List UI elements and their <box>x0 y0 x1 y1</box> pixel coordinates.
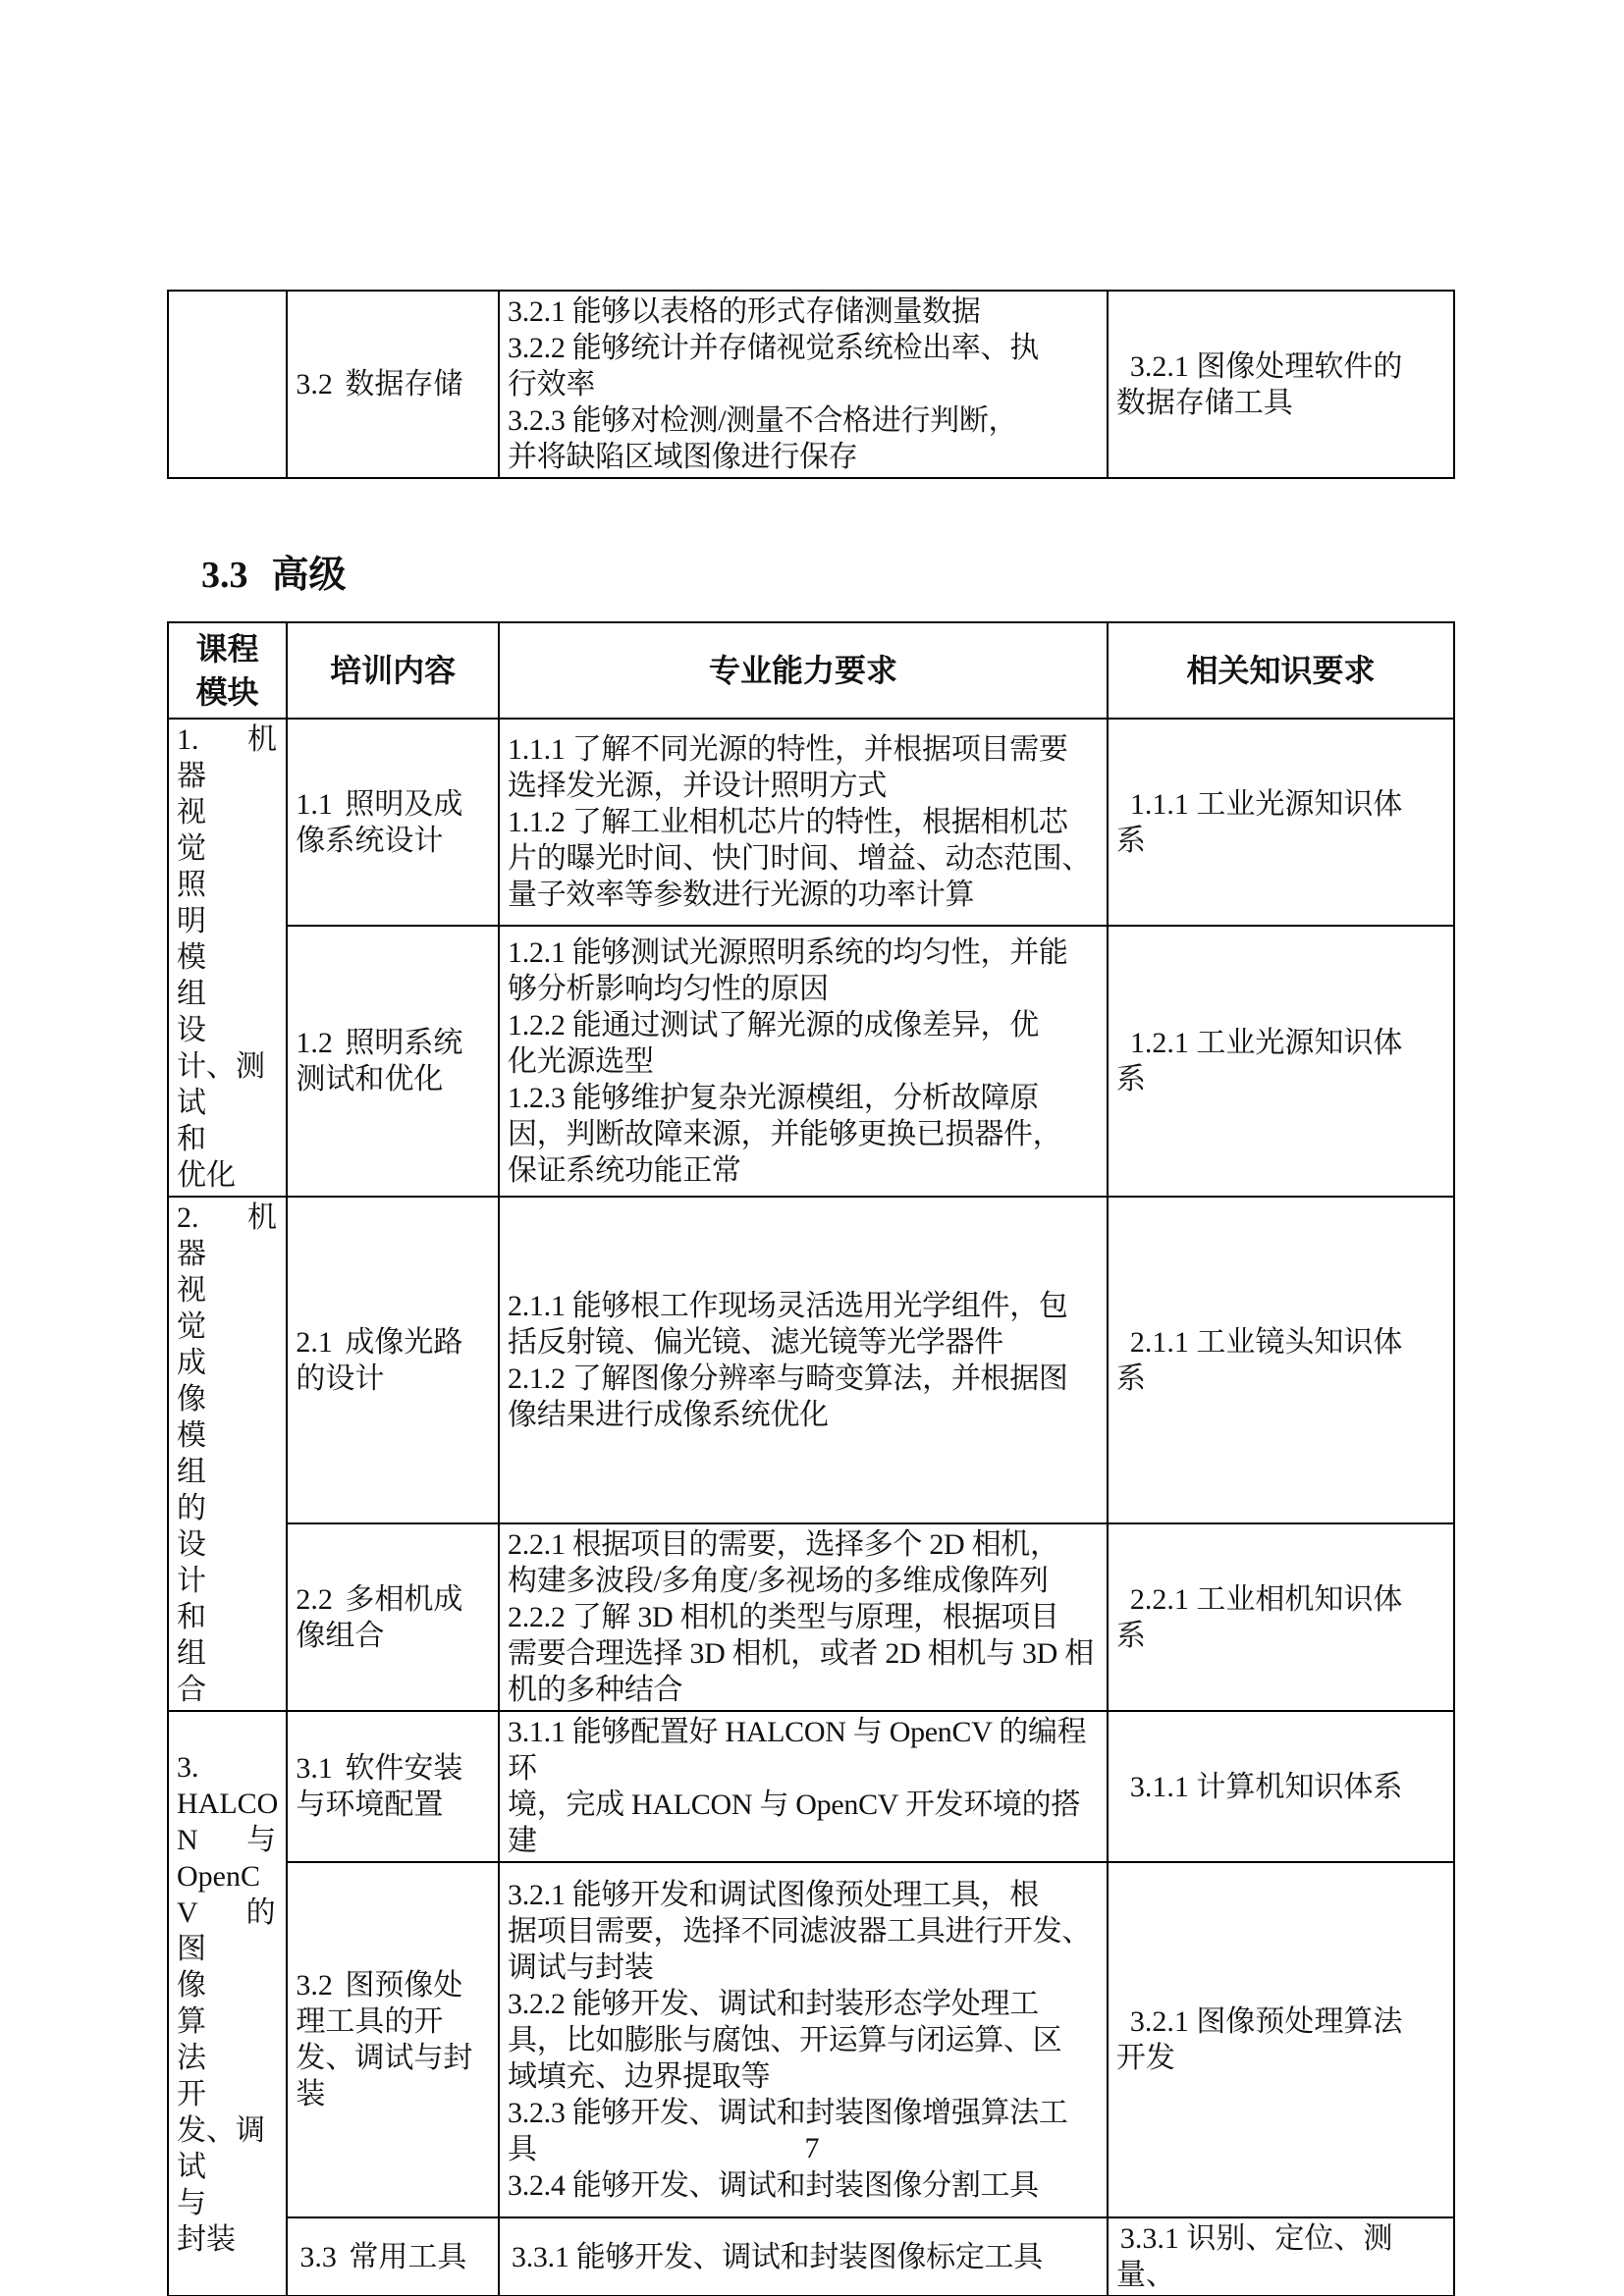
table-row: 3. HALCO N 与 OpenC V 的图 像 算 法 开 发、调 试 与 … <box>168 1711 1454 1862</box>
knowledge-cell: 1.2.1 工业光源知识体 系 <box>1108 926 1454 1197</box>
ability-cell: 3.2.1 能够以表格的形式存储测量数据 3.2.2 能够统计并存储视觉系统检出… <box>499 291 1108 478</box>
content-cell: 3.3 常用工具 <box>287 2217 499 2296</box>
advanced-level-table: 课程 模块 培训内容 专业能力要求 相关知识要求 1. 机 器 视 觉 照 明 … <box>167 621 1455 2296</box>
content-cell: 1.2 照明系统 测试和优化 <box>287 926 499 1197</box>
content-cell: 3.1 软件安装 与环境配置 <box>287 1711 499 1862</box>
ability-cell: 2.1.1 能够根工作现场灵活选用光学组件，包 括反射镜、偏光镜、滤光镜等光学器… <box>499 1197 1108 1523</box>
ability-cell: 1.1.1 了解不同光源的特性，并根据项目需要 选择发光源，并设计照明方式 1.… <box>499 719 1108 926</box>
ability-cell: 2.2.1 根据项目的需要，选择多个 2D 相机， 构建多波段/多角度/多视场的… <box>499 1523 1108 1711</box>
section-heading: 3.3高级 <box>201 553 347 598</box>
table-row: 1.2 照明系统 测试和优化 1.2.1 能够测试光源照明系统的均匀性，并能 够… <box>168 926 1454 1197</box>
table-row: 3.3 常用工具 3.3.1 能够开发、调试和封装图像标定工具 3.3.1 识别… <box>168 2217 1454 2296</box>
section-number: 3.3 <box>201 555 248 596</box>
module-cell-2: 2. 机 器 视 觉 成 像 模 组 的 设 计 和 组 合 <box>168 1197 287 1711</box>
module-cell-3: 3. HALCO N 与 OpenC V 的图 像 算 法 开 发、调 试 与 … <box>168 1711 287 2296</box>
header-course-module: 课程 模块 <box>168 622 287 719</box>
content-cell: 1.1 照明及成 像系统设计 <box>287 719 499 926</box>
knowledge-cell: 3.1.1 计算机知识体系 <box>1108 1711 1454 1862</box>
document-page: 工业和信息化部教育与考试中心 CEIAEC 3.2 数据存储 3.2.1 能够以… <box>0 0 1624 2296</box>
knowledge-cell: 2.1.1 工业镜头知识体 系 <box>1108 1197 1454 1523</box>
table-row: 2. 机 器 视 觉 成 像 模 组 的 设 计 和 组 合 2.1 成像光路 … <box>168 1197 1454 1523</box>
continuation-table: 3.2 数据存储 3.2.1 能够以表格的形式存储测量数据 3.2.2 能够统计… <box>167 290 1455 479</box>
page-number: 7 <box>0 2132 1624 2165</box>
module-cell-empty <box>168 291 287 478</box>
content-cell: 2.1 成像光路 的设计 <box>287 1197 499 1523</box>
ability-cell: 3.3.1 能够开发、调试和封装图像标定工具 <box>499 2217 1108 2296</box>
table-row: 3.2 数据存储 3.2.1 能够以表格的形式存储测量数据 3.2.2 能够统计… <box>168 291 1454 478</box>
content-cell: 2.2 多相机成 像组合 <box>287 1523 499 1711</box>
knowledge-cell: 3.3.1 识别、定位、测量、 <box>1108 2217 1454 2296</box>
module-cell-1: 1. 机 器 视 觉 照 明 模 组 设 计、测 试 和 优化 <box>168 719 287 1197</box>
content-cell: 3.2 数据存储 <box>287 291 499 478</box>
header-training-content: 培训内容 <box>287 622 499 719</box>
table-row: 1. 机 器 视 觉 照 明 模 组 设 计、测 试 和 优化 1.1 照明及成… <box>168 719 1454 926</box>
table-header-row: 课程 模块 培训内容 专业能力要求 相关知识要求 <box>168 622 1454 719</box>
table-row: 2.2 多相机成 像组合 2.2.1 根据项目的需要，选择多个 2D 相机， 构… <box>168 1523 1454 1711</box>
ability-cell: 3.1.1 能够配置好 HALCON 与 OpenCV 的编程环 境，完成 HA… <box>499 1711 1108 1862</box>
header-ability-requirements: 专业能力要求 <box>499 622 1108 719</box>
ability-cell: 1.2.1 能够测试光源照明系统的均匀性，并能 够分析影响均匀性的原因 1.2.… <box>499 926 1108 1197</box>
header-knowledge-requirements: 相关知识要求 <box>1108 622 1454 719</box>
knowledge-cell: 2.2.1 工业相机知识体 系 <box>1108 1523 1454 1711</box>
section-title: 高级 <box>272 555 347 596</box>
knowledge-cell: 3.2.1 图像处理软件的 数据存储工具 <box>1108 291 1454 478</box>
knowledge-cell: 1.1.1 工业光源知识体 系 <box>1108 719 1454 926</box>
